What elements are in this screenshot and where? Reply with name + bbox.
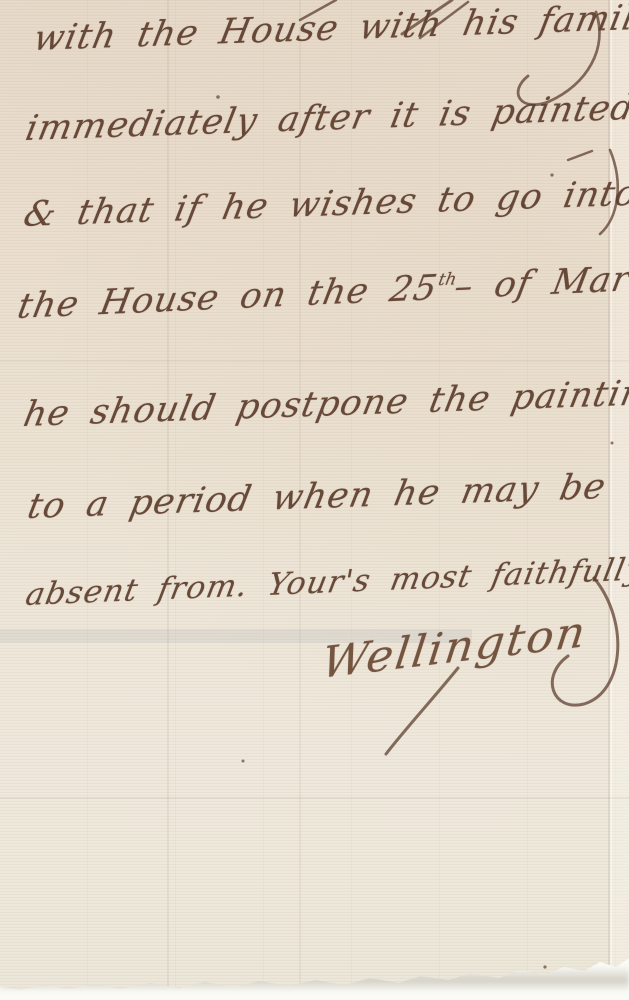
letter-scan: with the House with his family immediate… [0,0,629,1000]
right-fold-margin [611,0,629,992]
horizontal-crease-lower [0,797,629,799]
letter-page: with the House with his family immediate… [0,0,629,992]
vertical-fold-crease-right [608,0,610,992]
horizontal-crease-upper [0,360,629,362]
